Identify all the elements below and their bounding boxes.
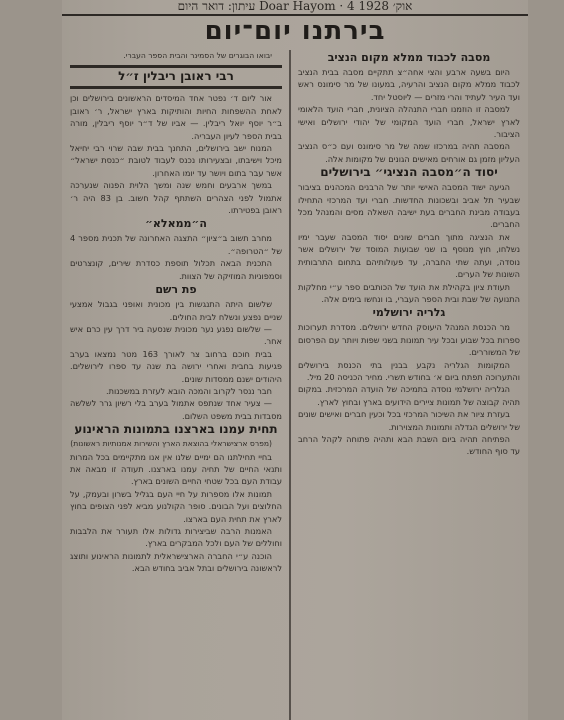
article-heading: מסבה לכבוד ממלא מקום הנציב bbox=[298, 51, 520, 64]
article-paragraph: אור ליום ד׳ נפטר אחד המיסדים הראשונים בי… bbox=[70, 92, 282, 142]
article-paragraph: הפתיחה תהיה ביום השבת הבא ותהיה פתוחה לק… bbox=[298, 433, 520, 458]
article-heading: גלריה ירושלמי bbox=[298, 306, 520, 319]
article-paragraph: תעודת ציון בקהילת את הועד של הכותבים ספר… bbox=[298, 281, 520, 306]
article-heading: ה״ממאלא״ bbox=[70, 217, 282, 230]
article-paragraph: מר הכנסת המנהל היעוסק החדש ירושלים. מסדר… bbox=[298, 321, 520, 358]
article-paragraph: יבואו הבוגרים של הסמינר והבית הספר העברי… bbox=[70, 50, 282, 62]
article-paragraph: את הנציגה מתוך חברים שונים יסוד המסבה שע… bbox=[298, 231, 520, 281]
article-heading: יסוד ה״מסבה הנציגי״ בירושלים bbox=[298, 166, 520, 179]
article-paragraph: בחיי תחילתנו הם ימיים שלנו אין אנו מתקיי… bbox=[70, 451, 282, 488]
article-heading: תחית עמנו בארצנו בתמונות הראינוע bbox=[70, 423, 282, 436]
article-paragraph: המסבה תהיה במרכזו שמה של מר סימונס ועם כ… bbox=[298, 140, 520, 165]
article-paragraph: המנוח ישב בירושלים, התחנך בבית שבה שרוי … bbox=[70, 142, 282, 179]
column-divider bbox=[289, 50, 291, 720]
article-paragraph: במשך ארבעים וחמש שנה ומשך הלוית הפנוה שנ… bbox=[70, 179, 282, 216]
article-paragraph: — שלשום נפגע נער מכונית שנסעה ביר דרך עי… bbox=[70, 323, 282, 348]
article-paragraph: האמנות הרבה שביצירות גדולות אלו תעורר את… bbox=[70, 525, 282, 550]
article-paragraph: הגיעה ישוד המסבה האישי יותר של הרבנים המ… bbox=[298, 181, 520, 231]
article-paragraph: התכנית הבאה תכלול תוספת כסדרת שירים, קונ… bbox=[70, 257, 282, 282]
article-heading: רבי ראובן ריבלין ז״ל bbox=[70, 70, 282, 83]
headline: בירתנו יום־יום bbox=[62, 15, 528, 47]
article-paragraph: מחרב תשוב ב״ציון״ התצגה האחרונה של תכנית… bbox=[70, 232, 282, 257]
article-paragraph: חבר ננסר לקרוב והמכה הובא לעזרת במשכנות. bbox=[70, 385, 282, 397]
article-paragraph: בעזרת ציור את השיכור המרכזי בכל וכעין חב… bbox=[298, 408, 520, 433]
article-paragraph: בבית חוכם ברחוב צר לאורך 163 מטר נמצאו ב… bbox=[70, 348, 282, 385]
article-paragraph: למסבה זו הוזמנו חברי התנהלה הציונית, חבר… bbox=[298, 103, 520, 140]
article-paragraph: — צעיר אחד שנתפס אתמול בערב בלי רשיון גר… bbox=[70, 397, 282, 422]
left-column: יבואו הבוגרים של הסמינר והבית הספר העברי… bbox=[70, 50, 282, 720]
newspaper-page: עיתון: דואר היום Doar Hayom · 4 אוק׳ 192… bbox=[62, 0, 528, 720]
article-paragraph: תמונות אלו מספרות על חיי העם בגליל בשרון… bbox=[70, 488, 282, 525]
article-paragraph: שלשום היתה התנגשות בין מכונית ואופני בגב… bbox=[70, 298, 282, 323]
article-paragraph: (מפרס ארצישראלי בהוצאת הארץ והשירות אמנו… bbox=[70, 438, 282, 450]
obituary-heading-box: רבי ראובן ריבלין ז״ל bbox=[70, 65, 282, 89]
article-paragraph: המקומות הגלריה נקבע בבנין בתי הכנסת בירו… bbox=[298, 359, 520, 384]
article-paragraph: הוכנה ע״י החברה הארצישראלית לתמונות הראי… bbox=[70, 550, 282, 575]
right-column: מסבה לכבוד ממלא מקום הנציב היום בשעה ארב… bbox=[298, 50, 520, 720]
article-paragraph: הגלריה ירושלמי נוסדה בתמיכה של הועדה המר… bbox=[298, 383, 520, 408]
masthead-line: עיתון: דואר היום Doar Hayom · 4 אוק׳ 192… bbox=[62, 0, 528, 16]
article-heading: פת רשם bbox=[70, 283, 282, 296]
article-paragraph: היום בשעה ארבע והצי אחה״צ תתקיים מסבה בב… bbox=[298, 66, 520, 103]
